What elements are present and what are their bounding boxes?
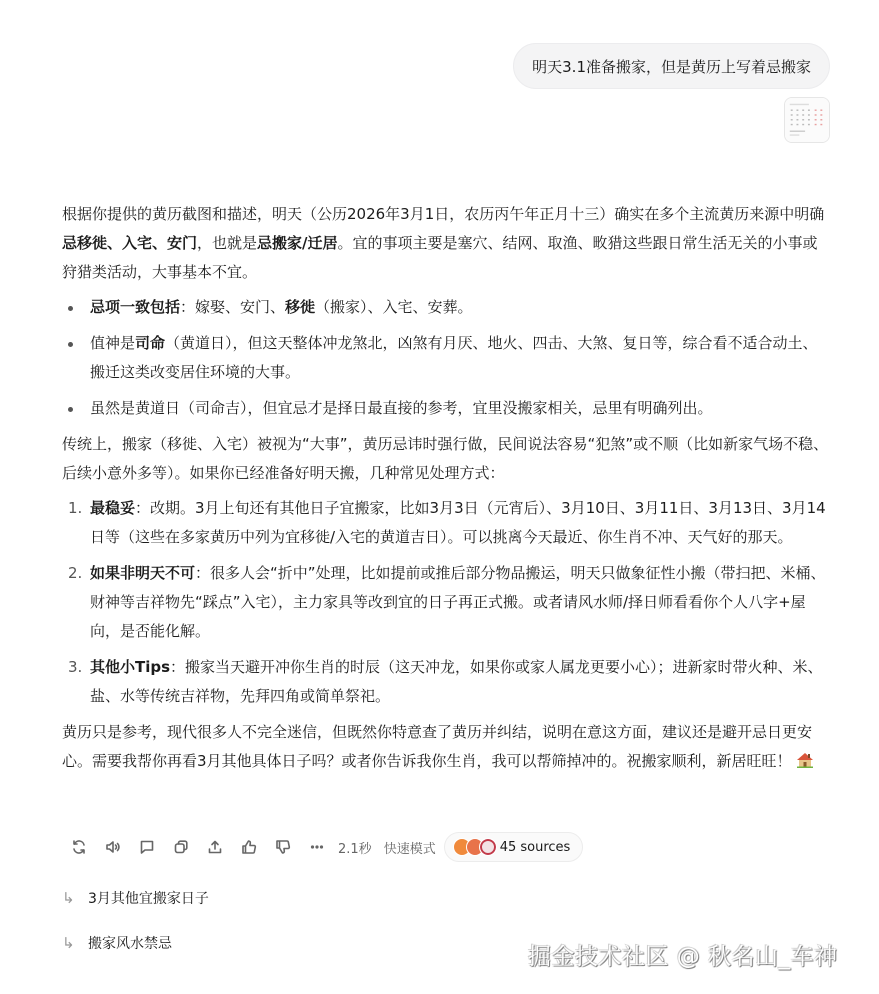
comment-button[interactable] xyxy=(130,831,164,863)
more-icon xyxy=(309,839,325,855)
bullet-item: 忌项一致包括：嫁娶、安门、移徙（搬家）、入宅、安葬。 xyxy=(62,293,832,322)
bullet-item: 虽然是黄道日（司命吉），但宜忌才是择日最直接的参考，宜里没搬家相关，忌里有明确列… xyxy=(62,394,832,423)
regenerate-icon xyxy=(71,839,87,855)
share-button[interactable] xyxy=(198,831,232,863)
more-options-button[interactable] xyxy=(300,831,334,863)
source-favicons xyxy=(453,838,492,856)
answer-tradition: 传统上，搬家（移徙、入宅）被视为“大事”，黄历忌讳时强行做，民间说法容易“犯煞”… xyxy=(62,430,832,488)
user-message-text: 明天3.1准备搬家，但是黄历上写着忌搬家 xyxy=(532,56,811,77)
thumbs-down-icon xyxy=(275,839,291,855)
watermark: 掘金技术社区 @ 秋名山_车神 xyxy=(528,938,838,971)
house-emoji-icon xyxy=(796,752,814,768)
source-favicon-icon xyxy=(479,838,497,856)
followup-suggestion[interactable]: ↳ 3月其他宜搬家日子 xyxy=(62,888,209,908)
regenerate-button[interactable] xyxy=(62,831,96,863)
bullet-item: 值神是司命（黄道日），但这天整体冲龙煞北，凶煞有月厌、地火、四击、大煞、复日等，… xyxy=(62,329,832,387)
copy-icon xyxy=(173,839,189,855)
read-aloud-icon xyxy=(105,839,121,855)
numbered-item: 2.如果非明天不可：很多人会“折中”处理，比如提前或推后部分物品搬运，明天只做象… xyxy=(62,559,832,646)
assistant-answer: 根据你提供的黄历截图和描述，明天（公历2026年3月1日，农历丙午年正月十三）确… xyxy=(62,200,832,782)
numbered-item: 3.其他小Tips：搬家当天避开冲你生肖的时辰（这天冲龙，如果你或家人属龙更要小… xyxy=(62,653,832,711)
message-action-toolbar: 2.1秒 快速模式 45 sources xyxy=(62,831,583,863)
answer-closing: 黄历只是参考，现代很多人不完全迷信，但既然你特意查了黄历并纠结，说明在意这方面，… xyxy=(62,718,832,776)
answer-intro: 根据你提供的黄历截图和描述，明天（公历2026年3月1日，农历丙午年正月十三）确… xyxy=(62,200,832,287)
numbered-item: 1.最稳妥：改期。3月上旬还有其他日子宜搬家，比如3月3日（元宵后）、3月10日… xyxy=(62,494,832,552)
reply-arrow-icon: ↳ xyxy=(62,934,78,952)
advice-numbered-list: 1.最稳妥：改期。3月上旬还有其他日子宜搬家，比如3月3日（元宵后）、3月10日… xyxy=(62,494,832,711)
calendar-attachment-thumbnail[interactable] xyxy=(784,97,830,143)
calendar-image-icon xyxy=(785,98,829,142)
share-icon xyxy=(207,839,223,855)
sources-button[interactable]: 45 sources xyxy=(444,832,584,862)
thumbs-down-button[interactable] xyxy=(266,831,300,863)
copy-button[interactable] xyxy=(164,831,198,863)
thumbs-up-icon xyxy=(241,839,257,855)
followup-suggestion[interactable]: ↳ 搬家风水禁忌 xyxy=(62,933,172,953)
user-message-bubble: 明天3.1准备搬家，但是黄历上写着忌搬家 xyxy=(513,43,830,89)
response-mode: 快速模式 xyxy=(384,838,436,857)
response-time: 2.1秒 xyxy=(338,838,372,857)
reply-arrow-icon: ↳ xyxy=(62,889,78,907)
thumbs-up-button[interactable] xyxy=(232,831,266,863)
read-aloud-button[interactable] xyxy=(96,831,130,863)
taboo-bullet-list: 忌项一致包括：嫁娶、安门、移徙（搬家）、入宅、安葬。 值神是司命（黄道日），但这… xyxy=(62,293,832,423)
comment-icon xyxy=(139,839,155,855)
